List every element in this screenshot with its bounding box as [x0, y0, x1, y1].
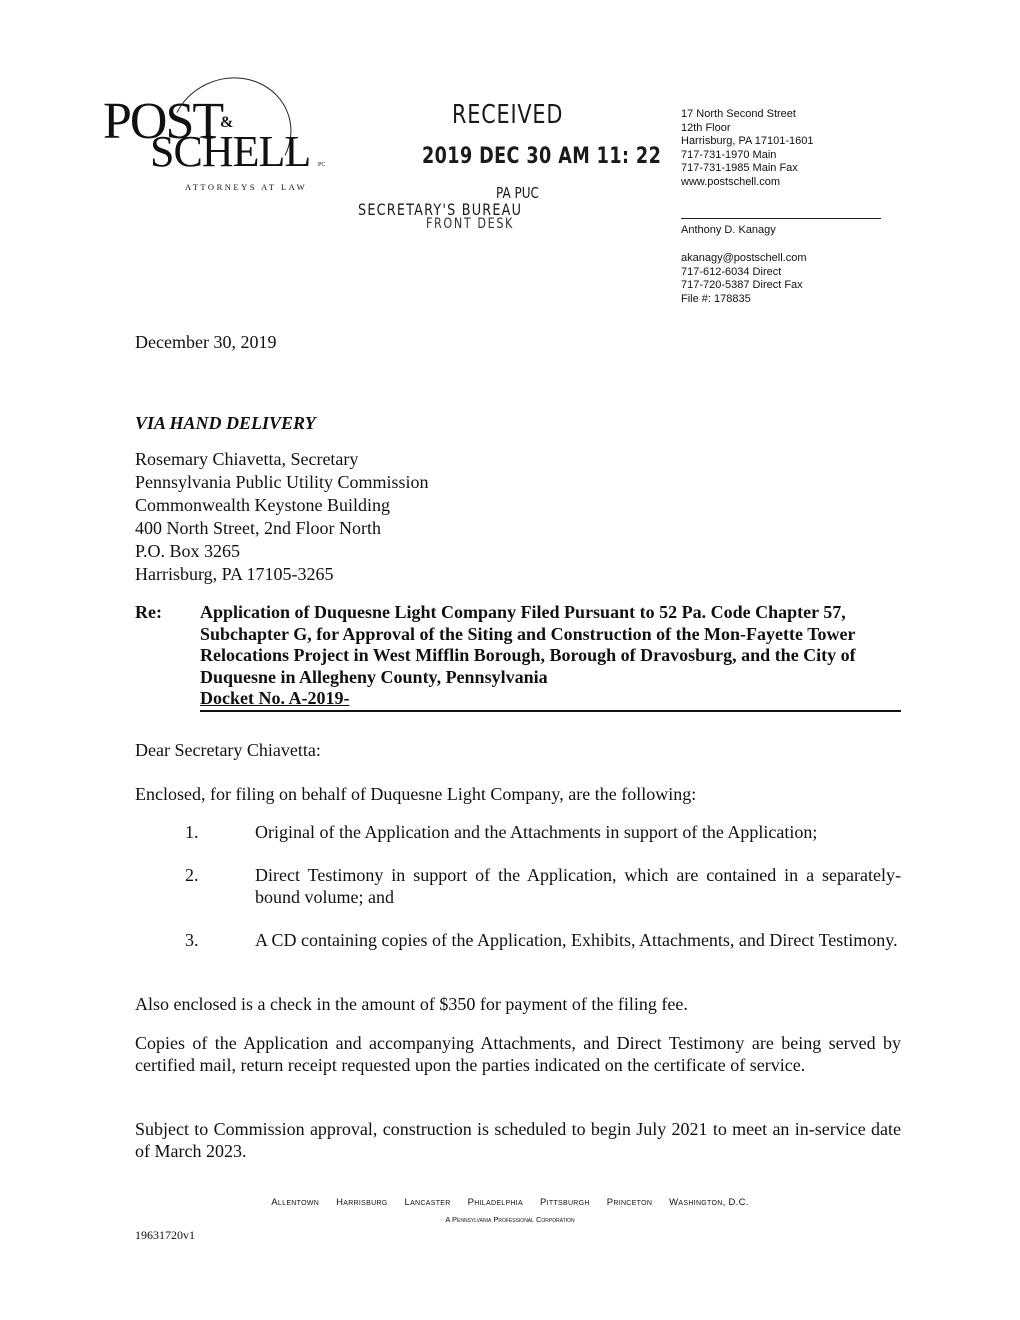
office-floor: 12th Floor [681, 122, 814, 136]
office-city: Harrisburg, PA 17101-1601 [681, 135, 814, 149]
re-subject: Application of Duquesne Light Company Fi… [200, 602, 900, 688]
attorney-contact-block: akanagy@postschell.com 717-612-6034 Dire… [681, 252, 807, 306]
office-street: 17 North Second Street [681, 108, 814, 122]
enclosure-text: A CD containing copies of the Applicatio… [255, 929, 901, 951]
salutation: Dear Secretary Chiavetta: [135, 740, 321, 762]
recipient-line: Rosemary Chiavetta, Secretary [135, 448, 429, 471]
footer-city: Allentown [271, 1197, 319, 1208]
footer-corporation: A Pennsylvania Professional Corporation [0, 1215, 1020, 1224]
attorney-direct-fax: 717-720-5387 Direct Fax [681, 279, 807, 293]
recipient-line: Harrisburg, PA 17105-3265 [135, 563, 429, 586]
footer-city: Pittsburgh [540, 1197, 590, 1208]
stamp-desk: FRONT DESK [426, 216, 514, 232]
logo-tagline: ATTORNEYS AT LAW [185, 182, 307, 192]
re-divider [200, 710, 901, 712]
logo-schell-text: SCHELL [150, 130, 310, 174]
stamp-datetime: 2019 DEC 30 AM 11: 22 [422, 144, 661, 169]
office-address-block: 17 North Second Street 12th Floor Harris… [681, 108, 814, 189]
enclosure-item: 3. A CD containing copies of the Applica… [135, 929, 901, 951]
letterhead-divider [681, 218, 881, 219]
recipient-line: P.O. Box 3265 [135, 540, 429, 563]
enclosure-number: 1. [185, 821, 199, 843]
attorney-email[interactable]: akanagy@postschell.com [681, 252, 807, 266]
logo-pc-suffix: PC [318, 162, 325, 168]
recipient-line: 400 North Street, 2nd Floor North [135, 517, 429, 540]
footer-city: Harrisburg [336, 1197, 387, 1208]
paragraph-service: Copies of the Application and accompanyi… [135, 1033, 901, 1076]
enclosure-number: 2. [185, 864, 199, 886]
paragraph-schedule: Subject to Commission approval, construc… [135, 1119, 901, 1162]
recipient-address: Rosemary Chiavetta, Secretary Pennsylvan… [135, 448, 429, 586]
footer-city: Washington, D.C. [669, 1197, 749, 1208]
footer-city: Lancaster [405, 1197, 451, 1208]
stamp-received: RECEIVED [452, 100, 563, 130]
file-number: File #: 178835 [681, 293, 807, 307]
re-subject-block: Application of Duquesne Light Company Fi… [200, 602, 900, 710]
enclosure-item: 1. Original of the Application and the A… [135, 821, 901, 843]
footer-city: Philadelphia [468, 1197, 523, 1208]
recipient-line: Commonwealth Keystone Building [135, 494, 429, 517]
recipient-line: Pennsylvania Public Utility Commission [135, 471, 429, 494]
enclosure-number: 3. [185, 929, 199, 951]
enclosures-intro: Enclosed, for filing on behalf of Duques… [135, 784, 696, 806]
delivery-method: VIA HAND DELIVERY [135, 413, 316, 435]
office-fax: 717-731-1985 Main Fax [681, 162, 814, 176]
enclosure-item: 2. Direct Testimony in support of the Ap… [135, 864, 901, 908]
document-id: 19631720v1 [135, 1228, 195, 1243]
attorney-direct-phone: 717-612-6034 Direct [681, 266, 807, 280]
attorney-name: Anthony D. Kanagy [681, 224, 776, 236]
office-website[interactable]: www.postschell.com [681, 176, 814, 190]
enclosure-text: Direct Testimony in support of the Appli… [255, 864, 901, 908]
docket-number: Docket No. A-2019- [200, 688, 900, 710]
paragraph-filing-fee: Also enclosed is a check in the amount o… [135, 994, 901, 1016]
office-phone: 717-731-1970 Main [681, 149, 814, 163]
footer-office-cities: Allentown Harrisburg Lancaster Philadelp… [0, 1197, 1020, 1208]
enclosure-text: Original of the Application and the Atta… [255, 821, 901, 843]
re-label: Re: [135, 602, 162, 623]
letter-date: December 30, 2019 [135, 332, 276, 354]
footer-city: Princeton [607, 1197, 652, 1208]
firm-logo: POST & SCHELL PC ATTORNEYS AT LAW [100, 78, 330, 188]
